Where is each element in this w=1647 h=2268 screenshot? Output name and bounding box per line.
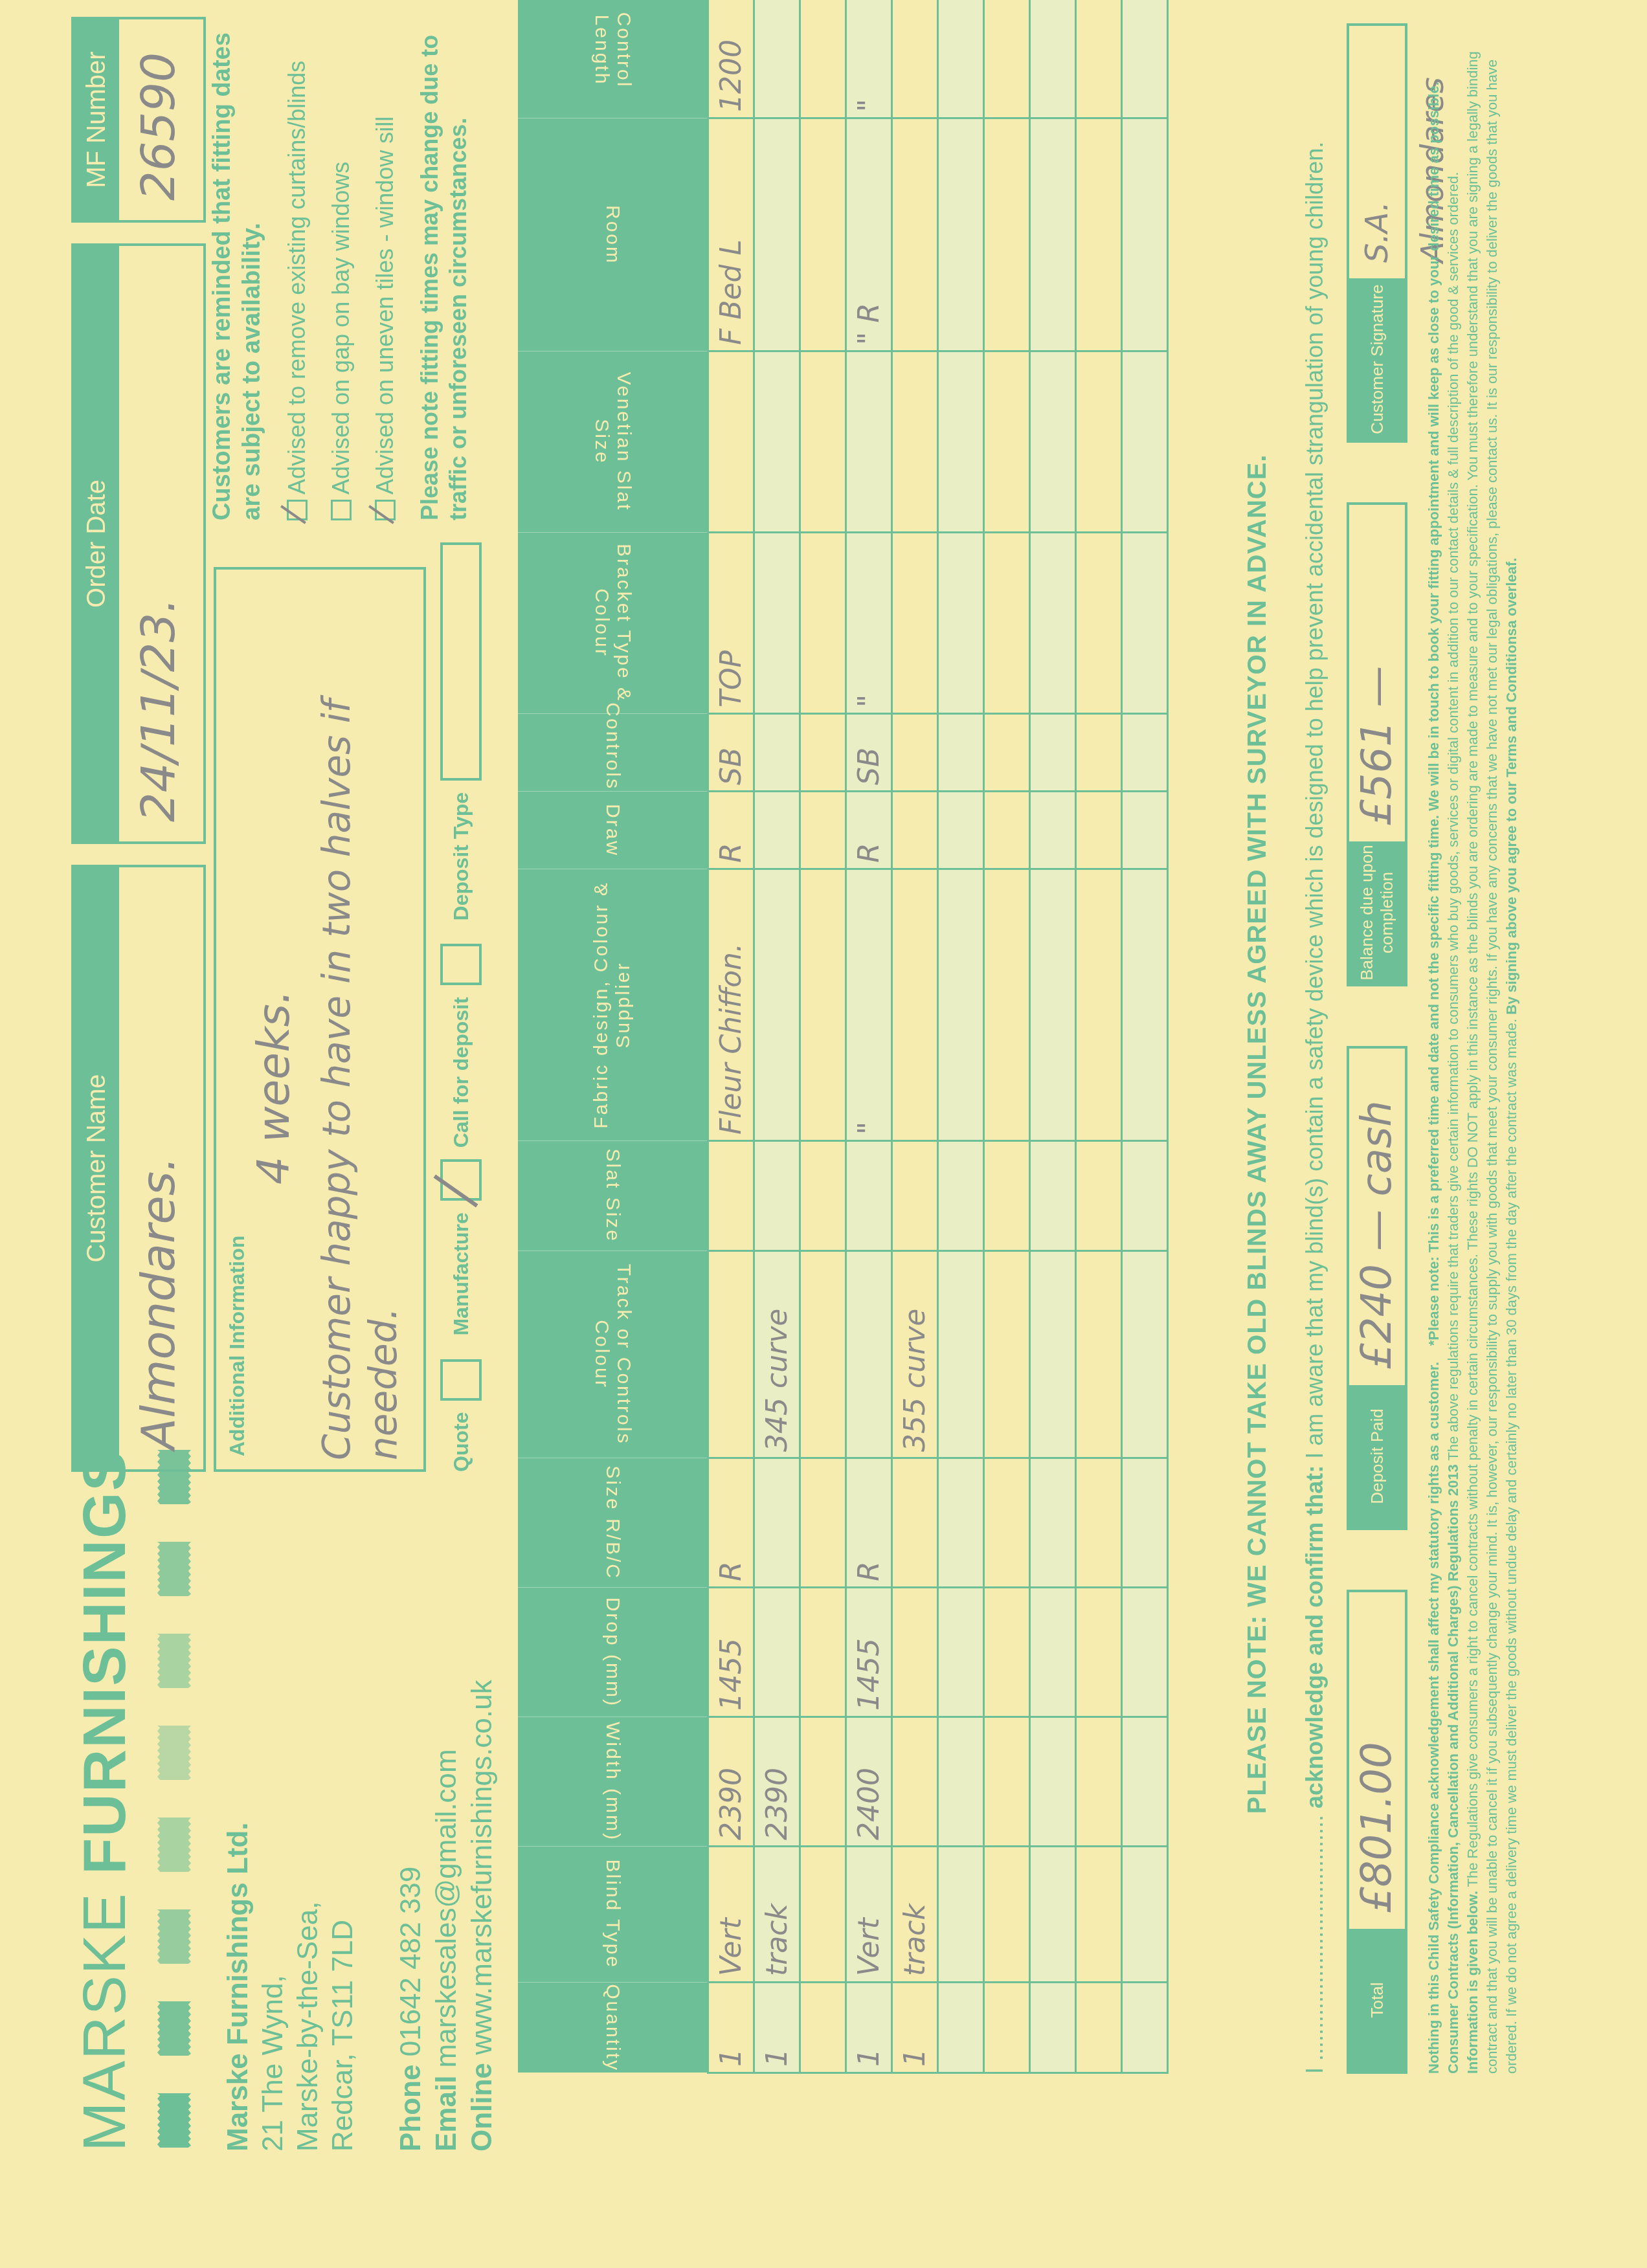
- table-cell[interactable]: [984, 1847, 1030, 1983]
- deposit-type-field[interactable]: [440, 542, 482, 781]
- table-cell[interactable]: [754, 1458, 800, 1588]
- table-row: [1076, 0, 1122, 2073]
- phone-label: Phone: [395, 2065, 427, 2151]
- legal-regulations-text: The above regulations require that trade…: [1445, 172, 1461, 1461]
- table-cell[interactable]: [938, 792, 984, 869]
- brand-block: MARSKE FURNISHINGS Marske Furnishings Lt…: [71, 1407, 500, 2151]
- fabric-swatches: [157, 1407, 191, 2148]
- table-row: 1track2390345 curve£160.20: [754, 0, 800, 2073]
- website-link[interactable]: www.marskefurnishings.co.uk: [466, 1680, 498, 2055]
- reminder-heading: Customers are reminded that fitting date…: [207, 28, 267, 520]
- table-header-row: QuantityBlind TypeWidth (mm)Drop (mm)Siz…: [518, 0, 708, 2073]
- table-cell[interactable]: [754, 351, 800, 533]
- table-cell[interactable]: 2390: [708, 1717, 754, 1847]
- table-cell[interactable]: 345 curve: [754, 1251, 800, 1458]
- legal-regulations-title: Consumer Contracts (Information, Cancell…: [1445, 1464, 1461, 2074]
- table-cell[interactable]: [1030, 1251, 1076, 1458]
- uneven-tiles-checkbox[interactable]: [375, 500, 396, 520]
- total-field[interactable]: Total £801.00: [1347, 1590, 1407, 2074]
- reminder-label: Advised on uneven tiles - window sill: [372, 117, 399, 495]
- column-header: Size R/B/C: [518, 1458, 708, 1588]
- logo-bold-text: FURNISHINGS: [72, 1450, 138, 1874]
- reminder-label: Advised on gap on bay windows: [328, 162, 355, 495]
- swatch-icon: [157, 1818, 191, 1872]
- table-cell[interactable]: [1122, 533, 1168, 714]
- table-cell[interactable]: [892, 1588, 938, 1717]
- deposit-paid-value[interactable]: £240 — cash: [1349, 1049, 1405, 1385]
- column-header: Track or Controls Colour: [518, 1251, 708, 1458]
- ack-bold: acknowledge and confirm that:: [1301, 1465, 1328, 1808]
- mf-number-value[interactable]: 26590: [119, 19, 197, 220]
- order-date-value[interactable]: 24/11/23.: [119, 246, 197, 841]
- address-line: 21 The Wynd,: [256, 1407, 291, 2151]
- column-header: Slat Size: [518, 1141, 708, 1251]
- table-cell[interactable]: Fleur Chiffon.: [708, 869, 754, 1141]
- table-cell[interactable]: [938, 1717, 984, 1847]
- table-cell[interactable]: track: [754, 1847, 800, 1983]
- order-options: Quote Manufacture Call for deposit Depos…: [440, 542, 482, 1472]
- table-cell[interactable]: [1076, 1588, 1122, 1717]
- email-label: Email: [431, 2076, 462, 2151]
- ack-text: I am aware that my blind(s) contain a sa…: [1301, 142, 1328, 1459]
- table-cell[interactable]: R: [708, 792, 754, 869]
- table-cell[interactable]: [1076, 1847, 1122, 1983]
- table-cell[interactable]: R: [846, 1458, 892, 1588]
- table-cell[interactable]: [1122, 1847, 1168, 1983]
- table-cell[interactable]: [892, 869, 938, 1141]
- order-form: MARSKE FURNISHINGS Marske Furnishings Lt…: [0, 0, 1647, 2268]
- table-cell[interactable]: [938, 714, 984, 792]
- table-cell[interactable]: [846, 1141, 892, 1251]
- table-cell[interactable]: [708, 1251, 754, 1458]
- table-cell[interactable]: [984, 1458, 1030, 1588]
- table-cell[interactable]: [892, 1458, 938, 1588]
- column-header: Room: [518, 118, 708, 351]
- table-cell[interactable]: [892, 792, 938, 869]
- table-cell[interactable]: Vert: [708, 1847, 754, 1983]
- balance-due-value[interactable]: £561 —: [1349, 505, 1405, 841]
- deposit-paid-field[interactable]: Deposit Paid £240 — cash: [1347, 1046, 1407, 1530]
- table-cell[interactable]: [938, 1458, 984, 1588]
- table-cell[interactable]: [1122, 1251, 1168, 1458]
- column-header: Width (mm): [518, 1717, 708, 1847]
- table-cell[interactable]: [1076, 1983, 1122, 2073]
- table-row: [1122, 0, 1168, 2073]
- table-cell[interactable]: 2400: [846, 1717, 892, 1847]
- deposit-type-label: Deposit Type: [449, 792, 473, 921]
- address-line: Redcar, TS11 7LD: [326, 1407, 361, 2151]
- table-cell[interactable]: [938, 1588, 984, 1717]
- quote-checkbox[interactable]: [440, 1359, 482, 1401]
- table-cell[interactable]: SB: [708, 714, 754, 792]
- table-cell[interactable]: 1: [708, 1983, 754, 2073]
- table-cell[interactable]: [1122, 1983, 1168, 2073]
- table-cell[interactable]: [1076, 118, 1122, 351]
- table-cell[interactable]: [1076, 1458, 1122, 1588]
- customer-signature-field[interactable]: Customer Signature S.A. Almondares: [1347, 23, 1407, 443]
- table-cell[interactable]: [984, 533, 1030, 714]
- column-header: Venetian Slat Size: [518, 351, 708, 533]
- column-header-label: Size R/B/C: [601, 1465, 623, 1580]
- signature-label: Customer Signature: [1349, 278, 1405, 440]
- column-header: Blind Type: [518, 1847, 708, 1983]
- swatch-icon: [157, 1634, 191, 1688]
- online-label: Online: [466, 2063, 498, 2151]
- table-cell[interactable]: ": [846, 533, 892, 714]
- logo: MARSKE FURNISHINGS: [71, 1407, 139, 2151]
- order-date-label: Order Date: [74, 246, 119, 841]
- fitting-reminders: Customers are reminded that fitting date…: [207, 28, 473, 520]
- table-cell[interactable]: [984, 1251, 1030, 1458]
- legal-fitting-note: *Please note: This is a preferred time a…: [1426, 82, 1442, 1346]
- column-header: Drop (mm): [518, 1588, 708, 1717]
- table-cell[interactable]: [1030, 533, 1076, 714]
- table-row: [1030, 0, 1076, 2073]
- column-header-label: Bracket Type & Colour: [590, 533, 634, 713]
- table-cell[interactable]: [800, 533, 846, 714]
- table-cell[interactable]: [754, 533, 800, 714]
- table-cell[interactable]: track: [892, 1847, 938, 1983]
- column-header-label: Venetian Slat Size: [590, 352, 634, 531]
- column-header-label: Drop (mm): [601, 1597, 623, 1707]
- customer-name-label: Customer Name: [74, 867, 119, 1469]
- table-cell[interactable]: [892, 351, 938, 533]
- table-cell[interactable]: [754, 1141, 800, 1251]
- table-cell[interactable]: [1122, 1141, 1168, 1251]
- table-cell[interactable]: [1030, 1458, 1076, 1588]
- table-cell[interactable]: 1455: [708, 1588, 754, 1717]
- table-cell[interactable]: [892, 714, 938, 792]
- additional-info-note[interactable]: Customer happy to have in two halves if …: [313, 580, 407, 1460]
- column-header: Controls: [518, 714, 708, 792]
- table-cell[interactable]: 1: [892, 1983, 938, 2073]
- customer-name-field[interactable]: Customer Name Almondares.: [71, 865, 206, 1472]
- table-cell[interactable]: [984, 0, 1030, 118]
- ack-name-blank[interactable]: I ......................................: [1301, 1815, 1328, 2074]
- order-date-field[interactable]: Order Date 24/11/23.: [71, 243, 206, 844]
- table-cell[interactable]: [1030, 351, 1076, 533]
- company-address: Marske Furnishings Ltd. 21 The Wynd, Mar…: [221, 1407, 361, 2151]
- table-cell[interactable]: [984, 1141, 1030, 1251]
- table-cell[interactable]: [1076, 351, 1122, 533]
- table-cell[interactable]: [800, 792, 846, 869]
- total-label: Total: [1349, 1929, 1405, 2071]
- table-cell[interactable]: 1: [846, 1983, 892, 2073]
- table-cell[interactable]: [1030, 1717, 1076, 1847]
- table-cell[interactable]: [1122, 0, 1168, 118]
- column-header-label: Draw: [601, 804, 623, 857]
- swatch-icon: [157, 1542, 191, 1596]
- table-cell[interactable]: [892, 0, 938, 118]
- table-cell[interactable]: [984, 118, 1030, 351]
- column-header: Quantity: [518, 1983, 708, 2073]
- bay-gap-checkbox[interactable]: [331, 500, 352, 520]
- table-cell[interactable]: [800, 1847, 846, 1983]
- table-cell[interactable]: [754, 1588, 800, 1717]
- table-row: 1Vert23901455RFleur Chiffon.RSBTOPF Bed …: [708, 0, 754, 2073]
- table-cell[interactable]: [1030, 1141, 1076, 1251]
- table-cell[interactable]: [1122, 118, 1168, 351]
- column-header: Control Length: [518, 0, 708, 118]
- table-cell[interactable]: [938, 1983, 984, 2073]
- table-cell[interactable]: [1076, 1141, 1122, 1251]
- table-cell[interactable]: [892, 533, 938, 714]
- table-row: [800, 0, 846, 2073]
- balance-due-field[interactable]: Balance due upon completion £561 —: [1347, 502, 1407, 986]
- table-cell[interactable]: [1030, 118, 1076, 351]
- table-cell[interactable]: [984, 869, 1030, 1141]
- column-header: Draw: [518, 792, 708, 869]
- table-cell[interactable]: [1076, 792, 1122, 869]
- call-for-deposit-checkbox[interactable]: [440, 944, 482, 985]
- call-for-deposit-label: Call for deposit: [449, 997, 473, 1148]
- table-cell[interactable]: [754, 714, 800, 792]
- table-cell[interactable]: [1076, 0, 1122, 118]
- table-cell[interactable]: [1122, 792, 1168, 869]
- table-cell[interactable]: [800, 1458, 846, 1588]
- table-cell[interactable]: 1200: [708, 0, 754, 118]
- fitting-times-note: Please note fitting times may change due…: [416, 28, 473, 520]
- swatch-icon: [157, 1909, 191, 1964]
- table-cell[interactable]: TOP: [708, 533, 754, 714]
- column-header: Fabric design, Colour & Supplier: [518, 869, 708, 1141]
- total-value[interactable]: £801.00: [1349, 1592, 1405, 1929]
- table-cell[interactable]: [754, 869, 800, 1141]
- table-cell[interactable]: [1122, 1717, 1168, 1847]
- table-cell[interactable]: [1030, 1983, 1076, 2073]
- swatch-icon: [157, 2093, 191, 2148]
- column-header-label: Blind Type: [601, 1860, 623, 1970]
- column-header-label: Track or Controls Colour: [590, 1252, 634, 1457]
- table-cell[interactable]: 1: [754, 1983, 800, 2073]
- table-cell[interactable]: [1122, 351, 1168, 533]
- legal-info-heading: Information is given below.: [1464, 1891, 1481, 2074]
- table-cell[interactable]: SB: [846, 714, 892, 792]
- old-blinds-notice: PLEASE NOTE: WE CANNOT TAKE OLD BLINDS A…: [1243, 0, 1272, 2268]
- additional-info-title: Additional Information: [225, 1236, 249, 1456]
- table-body: 1Vert23901455RFleur Chiffon.RSBTOPF Bed …: [708, 0, 1168, 2073]
- table-cell[interactable]: [1030, 869, 1076, 1141]
- table-cell[interactable]: [1122, 714, 1168, 792]
- table-cell[interactable]: [938, 1251, 984, 1458]
- table-cell[interactable]: ": [846, 0, 892, 118]
- table-cell[interactable]: [754, 0, 800, 118]
- table-cell[interactable]: [800, 1251, 846, 1458]
- table-cell[interactable]: [1076, 1251, 1122, 1458]
- table-row: 1track355 curve£160.20: [892, 0, 938, 2073]
- column-header-label: Width (mm): [601, 1722, 623, 1841]
- table-cell[interactable]: ": [846, 869, 892, 1141]
- table-cell[interactable]: [1030, 714, 1076, 792]
- table-cell[interactable]: [984, 1983, 1030, 2073]
- table-cell[interactable]: [984, 1588, 1030, 1717]
- legal-footer: Nothing in this Child Safety Compliance …: [1424, 28, 1521, 2074]
- additional-info-note[interactable]: 4 weeks.: [249, 990, 300, 1184]
- table-cell[interactable]: [846, 351, 892, 533]
- table-cell[interactable]: [938, 118, 984, 351]
- table-cell[interactable]: [1076, 714, 1122, 792]
- legal-statutory-rights: Nothing in this Child Safety Compliance …: [1426, 1362, 1442, 2074]
- table-cell[interactable]: [1030, 792, 1076, 869]
- mf-number-field[interactable]: MF Number26590: [71, 17, 206, 223]
- column-header-label: Control Length: [590, 0, 634, 117]
- column-header-label: Slat Size: [601, 1149, 623, 1243]
- reminder-label: Advised to remove existing curtains/blin…: [284, 61, 311, 495]
- table-cell[interactable]: [938, 1847, 984, 1983]
- column-header: Bracket Type & Colour: [518, 533, 708, 714]
- table-cell[interactable]: [800, 714, 846, 792]
- table-cell[interactable]: [984, 351, 1030, 533]
- table-cell[interactable]: [708, 1141, 754, 1251]
- additional-information-box[interactable]: Additional Information 4 weeks. Customer…: [214, 567, 426, 1472]
- table-cell[interactable]: [938, 869, 984, 1141]
- table-cell[interactable]: [708, 351, 754, 533]
- table-cell[interactable]: [800, 869, 846, 1141]
- manufacture-checkbox[interactable]: [440, 1159, 482, 1201]
- table-cell[interactable]: [1076, 533, 1122, 714]
- column-header-label: Controls: [601, 702, 623, 790]
- table-cell[interactable]: [1030, 0, 1076, 118]
- legal-terms-agreement: By signing above you agree to our Terms …: [1503, 558, 1519, 1015]
- table-cell[interactable]: [800, 0, 846, 118]
- table-cell[interactable]: [800, 1983, 846, 2073]
- table-cell[interactable]: 2390: [754, 1717, 800, 1847]
- column-header-label: Quantity: [601, 1984, 623, 2072]
- table-cell[interactable]: [800, 1588, 846, 1717]
- table-cell[interactable]: [984, 792, 1030, 869]
- table-cell[interactable]: [1122, 869, 1168, 1141]
- table-cell[interactable]: R: [708, 1458, 754, 1588]
- table-cell[interactable]: [754, 118, 800, 351]
- table-cell[interactable]: [938, 0, 984, 118]
- table-cell[interactable]: 355 curve: [892, 1251, 938, 1458]
- phone-number: 01642 482 339: [395, 1867, 427, 2057]
- table-cell[interactable]: [800, 1717, 846, 1847]
- logo-light-text: MARSKE: [72, 1892, 138, 2151]
- table-cell[interactable]: [846, 1251, 892, 1458]
- safety-acknowledgement: I ......................................…: [1301, 142, 1328, 2074]
- column-header-label: Fabric design, Colour & Supplier: [590, 870, 634, 1140]
- table-cell[interactable]: [1030, 1588, 1076, 1717]
- table-cell[interactable]: [984, 1717, 1030, 1847]
- signature-value[interactable]: S.A. Almondares: [1349, 26, 1405, 278]
- legal-cancellation-text: The Regulations give consumers a right t…: [1464, 51, 1519, 2074]
- table-cell[interactable]: [1122, 1458, 1168, 1588]
- company-name: Marske Furnishings Ltd.: [221, 1407, 256, 2151]
- deposit-paid-label: Deposit Paid: [1349, 1385, 1405, 1528]
- swatch-icon: [157, 1726, 191, 1780]
- remove-curtains-checkbox[interactable]: [287, 500, 308, 520]
- table-cell[interactable]: [800, 351, 846, 533]
- table-cell[interactable]: [754, 792, 800, 869]
- mf-number-label: MF Number: [74, 19, 119, 220]
- table-cell[interactable]: [938, 533, 984, 714]
- table-cell[interactable]: [1076, 869, 1122, 1141]
- table-cell[interactable]: Vert: [846, 1847, 892, 1983]
- table-cell[interactable]: [938, 1141, 984, 1251]
- column-header-label: Room: [601, 205, 623, 264]
- table-cell[interactable]: [1076, 1717, 1122, 1847]
- table-cell[interactable]: [800, 1141, 846, 1251]
- table-cell[interactable]: [984, 714, 1030, 792]
- email-address[interactable]: marskesales@gmail.com: [431, 1749, 462, 2067]
- table-cell[interactable]: " R: [846, 118, 892, 351]
- table-cell[interactable]: [892, 1141, 938, 1251]
- table-cell[interactable]: 1455: [846, 1588, 892, 1717]
- address-line: Marske-by-the-Sea,: [291, 1407, 326, 2151]
- swatch-icon: [157, 2001, 191, 2056]
- manufacture-label: Manufacture: [449, 1212, 473, 1335]
- balance-due-label: Balance due upon completion: [1349, 841, 1405, 984]
- table-cell[interactable]: [892, 118, 938, 351]
- table-cell[interactable]: [800, 118, 846, 351]
- table-row: [984, 0, 1030, 2073]
- table-cell[interactable]: F Bed L: [708, 118, 754, 351]
- table-cell[interactable]: [1030, 1847, 1076, 1983]
- table-cell[interactable]: [938, 351, 984, 533]
- table-row: 1Vert24001455R"RSB"" R"£240.30: [846, 0, 892, 2073]
- table-cell[interactable]: [892, 1717, 938, 1847]
- customer-name-value[interactable]: Almondares.: [119, 867, 197, 1469]
- contact-details: Phone 01642 482 339 Email marskesales@gm…: [393, 1407, 500, 2151]
- table-cell[interactable]: [1122, 1588, 1168, 1717]
- order-table: QuantityBlind TypeWidth (mm)Drop (mm)Siz…: [518, 28, 1169, 2074]
- table-row: £801.00: [938, 0, 984, 2073]
- table-cell[interactable]: R: [846, 792, 892, 869]
- quote-label: Quote: [449, 1412, 473, 1472]
